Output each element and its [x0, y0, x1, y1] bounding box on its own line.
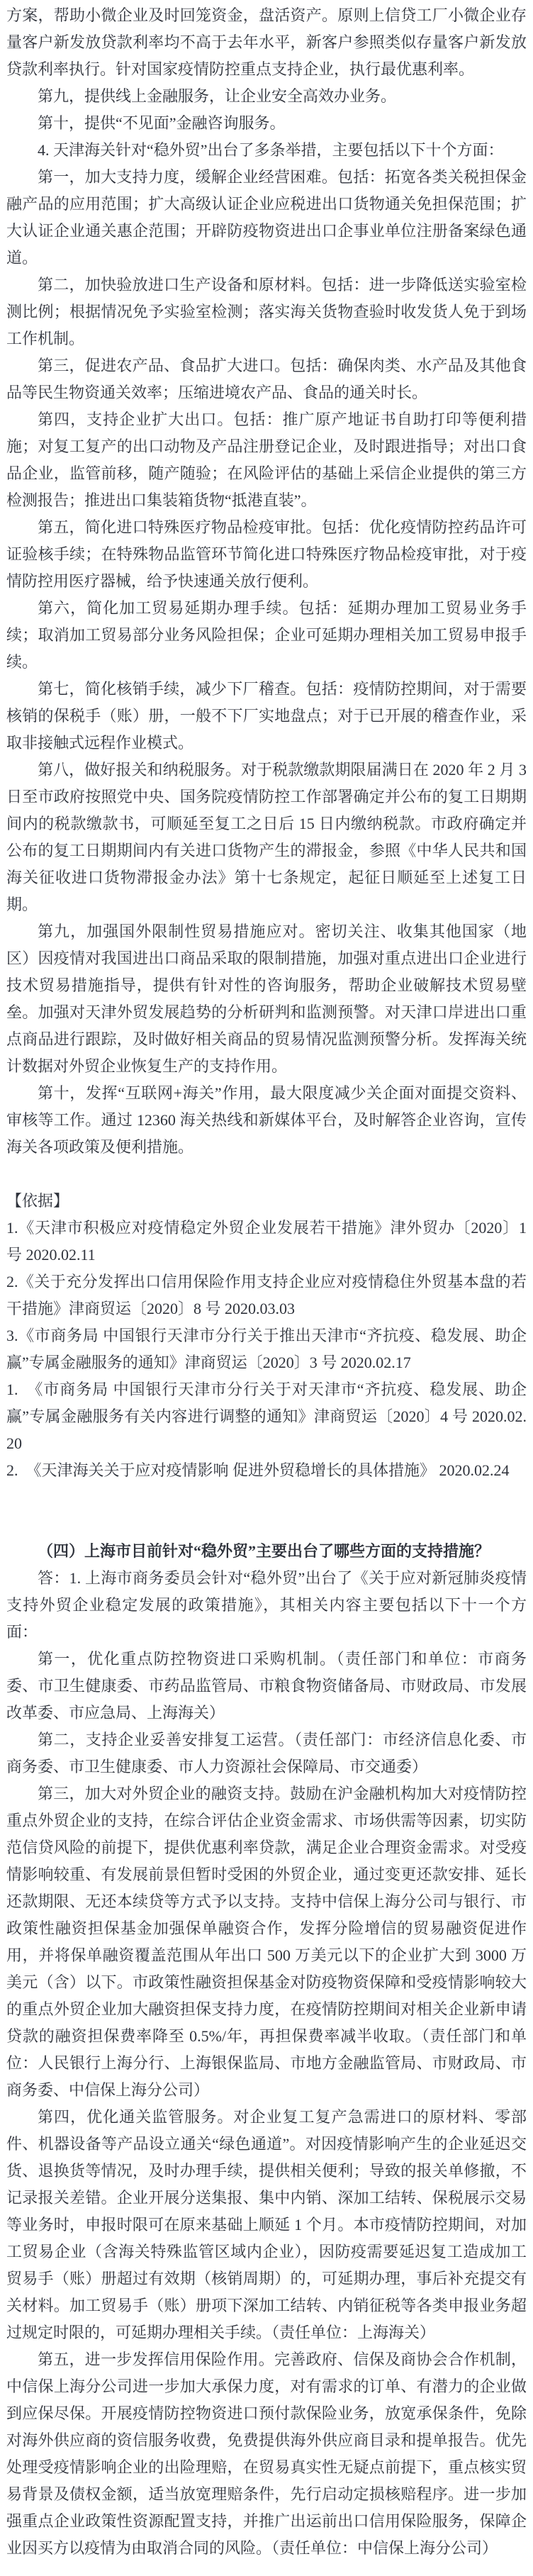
- customs-measure-1: 第一，加大支持力度，缓解企业经营困难。包括：拓宽各类关税担保金融产品的应用范围；…: [6, 164, 527, 272]
- customs-measure-6: 第六，简化加工贸易延期办理手续。包括：延期办理加工贸易业务手续；取消加工贸易部分…: [6, 595, 527, 676]
- customs-measure-7: 第七，简化核销手续，减少下厂稽查。包括：疫情防控期间，对于需要核销的保税手（账）…: [6, 676, 527, 757]
- customs-measure-4: 第四，支持企业扩大出口。包括：推广原产地证书自助打印等便利措施；对复工复产的出口…: [6, 406, 527, 514]
- basis-ref-2: 2.《关于充分发挥出口信用保险作用支持企业应对疫情稳住外贸基本盘的若干措施》津商…: [6, 1269, 527, 1322]
- basis-ref-1: 1.《天津市积极应对疫情稳定外贸企业发展若干措施》津外贸办〔2020〕1 号 2…: [6, 1215, 527, 1269]
- customs-measure-10: 第十，发挥“互联网+海关”作用，最大限度减少关企面对面提交资料、审核等工作。通过…: [6, 1080, 527, 1161]
- shanghai-measure-2: 第二，支持企业妥善安排复工运营。（责任部门：市经济信息化委、市商务委、市卫生健康…: [6, 1727, 527, 1780]
- customs-measure-3: 第三，促进农产品、食品扩大进口。包括：确保肉类、水产品及其他食品等民生物资通关效…: [6, 352, 527, 406]
- basis-ref-3: 3.《市商务局 中国银行天津市分行关于推出天津市“齐抗疫、稳发展、助企赢”专属金…: [6, 1322, 527, 1376]
- shanghai-measure-4: 第四，优化通关监管服务。对企业复工复产急需进口的原材料、零部件、机器设备等产品设…: [6, 2104, 527, 2346]
- shanghai-measure-5: 第五，进一步发挥信用保险作用。完善政府、信保及商协会合作机制，中信保上海分公司进…: [6, 2346, 527, 2562]
- policy-document: 方案，帮助小微企业及时回笼资金，盘活资产。原则上信贷工厂小微企业存量客户新发放贷…: [0, 0, 533, 2576]
- tianjin-bank-item-10: 第十，提供“不见面”金融咨询服务。: [6, 110, 527, 137]
- basis-ref-5: 2. 《天津海关关于应对疫情影响 促进外贸稳增长的具体措施》 2020.02.2…: [6, 1457, 527, 1484]
- customs-measure-2: 第二，加快验放进口生产设备和原材料。包括：进一步降低送实验室检测比例；根据情况免…: [6, 272, 527, 352]
- shanghai-answer-intro: 答：1. 上海市商务委员会针对“稳外贸”出台了《关于应对新冠肺炎疫情支持外贸企业…: [6, 1565, 527, 1646]
- basis-ref-4: 1. 《市商务局 中国银行天津市分行关于对天津市“齐抗疫、稳发展、助企赢”专属金…: [6, 1376, 527, 1457]
- tianjin-customs-intro: 4. 天津海关针对“稳外贸”出台了多条举措，主要包括以下十个方面：: [6, 137, 527, 164]
- basis-heading: 【依据】: [6, 1188, 527, 1215]
- shanghai-measure-3: 第三，加大对外贸企业的融资支持。鼓励在沪金融机构加大对疫情防控重点外贸企业的支持…: [6, 1780, 527, 2104]
- customs-measure-5: 第五，简化进口特殊医疗物品检疫审批。包括：优化疫情防控药品许可证验核手续；在特殊…: [6, 514, 527, 595]
- customs-measure-8: 第八，做好报关和纳税服务。对于税款缴款期限届满日在 2020 年 2 月 3 日…: [6, 757, 527, 918]
- customs-measure-9: 第九，加强国外限制性贸易措施应对。密切关注、收集其他国家（地区）因疫情对我国进出…: [6, 918, 527, 1080]
- continuation-paragraph: 方案，帮助小微企业及时回笼资金，盘活资产。原则上信贷工厂小微企业存量客户新发放贷…: [6, 2, 527, 83]
- tianjin-bank-item-9: 第九，提供线上金融服务，让企业安全高效办业务。: [6, 83, 527, 110]
- shanghai-question-heading: （四）上海市目前针对“稳外贸”主要出台了哪些方面的支持措施？: [6, 1538, 527, 1565]
- shanghai-measure-1: 第一，优化重点防控物资进口采购机制。（责任部门和单位：市商务委、市卫生健康委、市…: [6, 1646, 527, 1727]
